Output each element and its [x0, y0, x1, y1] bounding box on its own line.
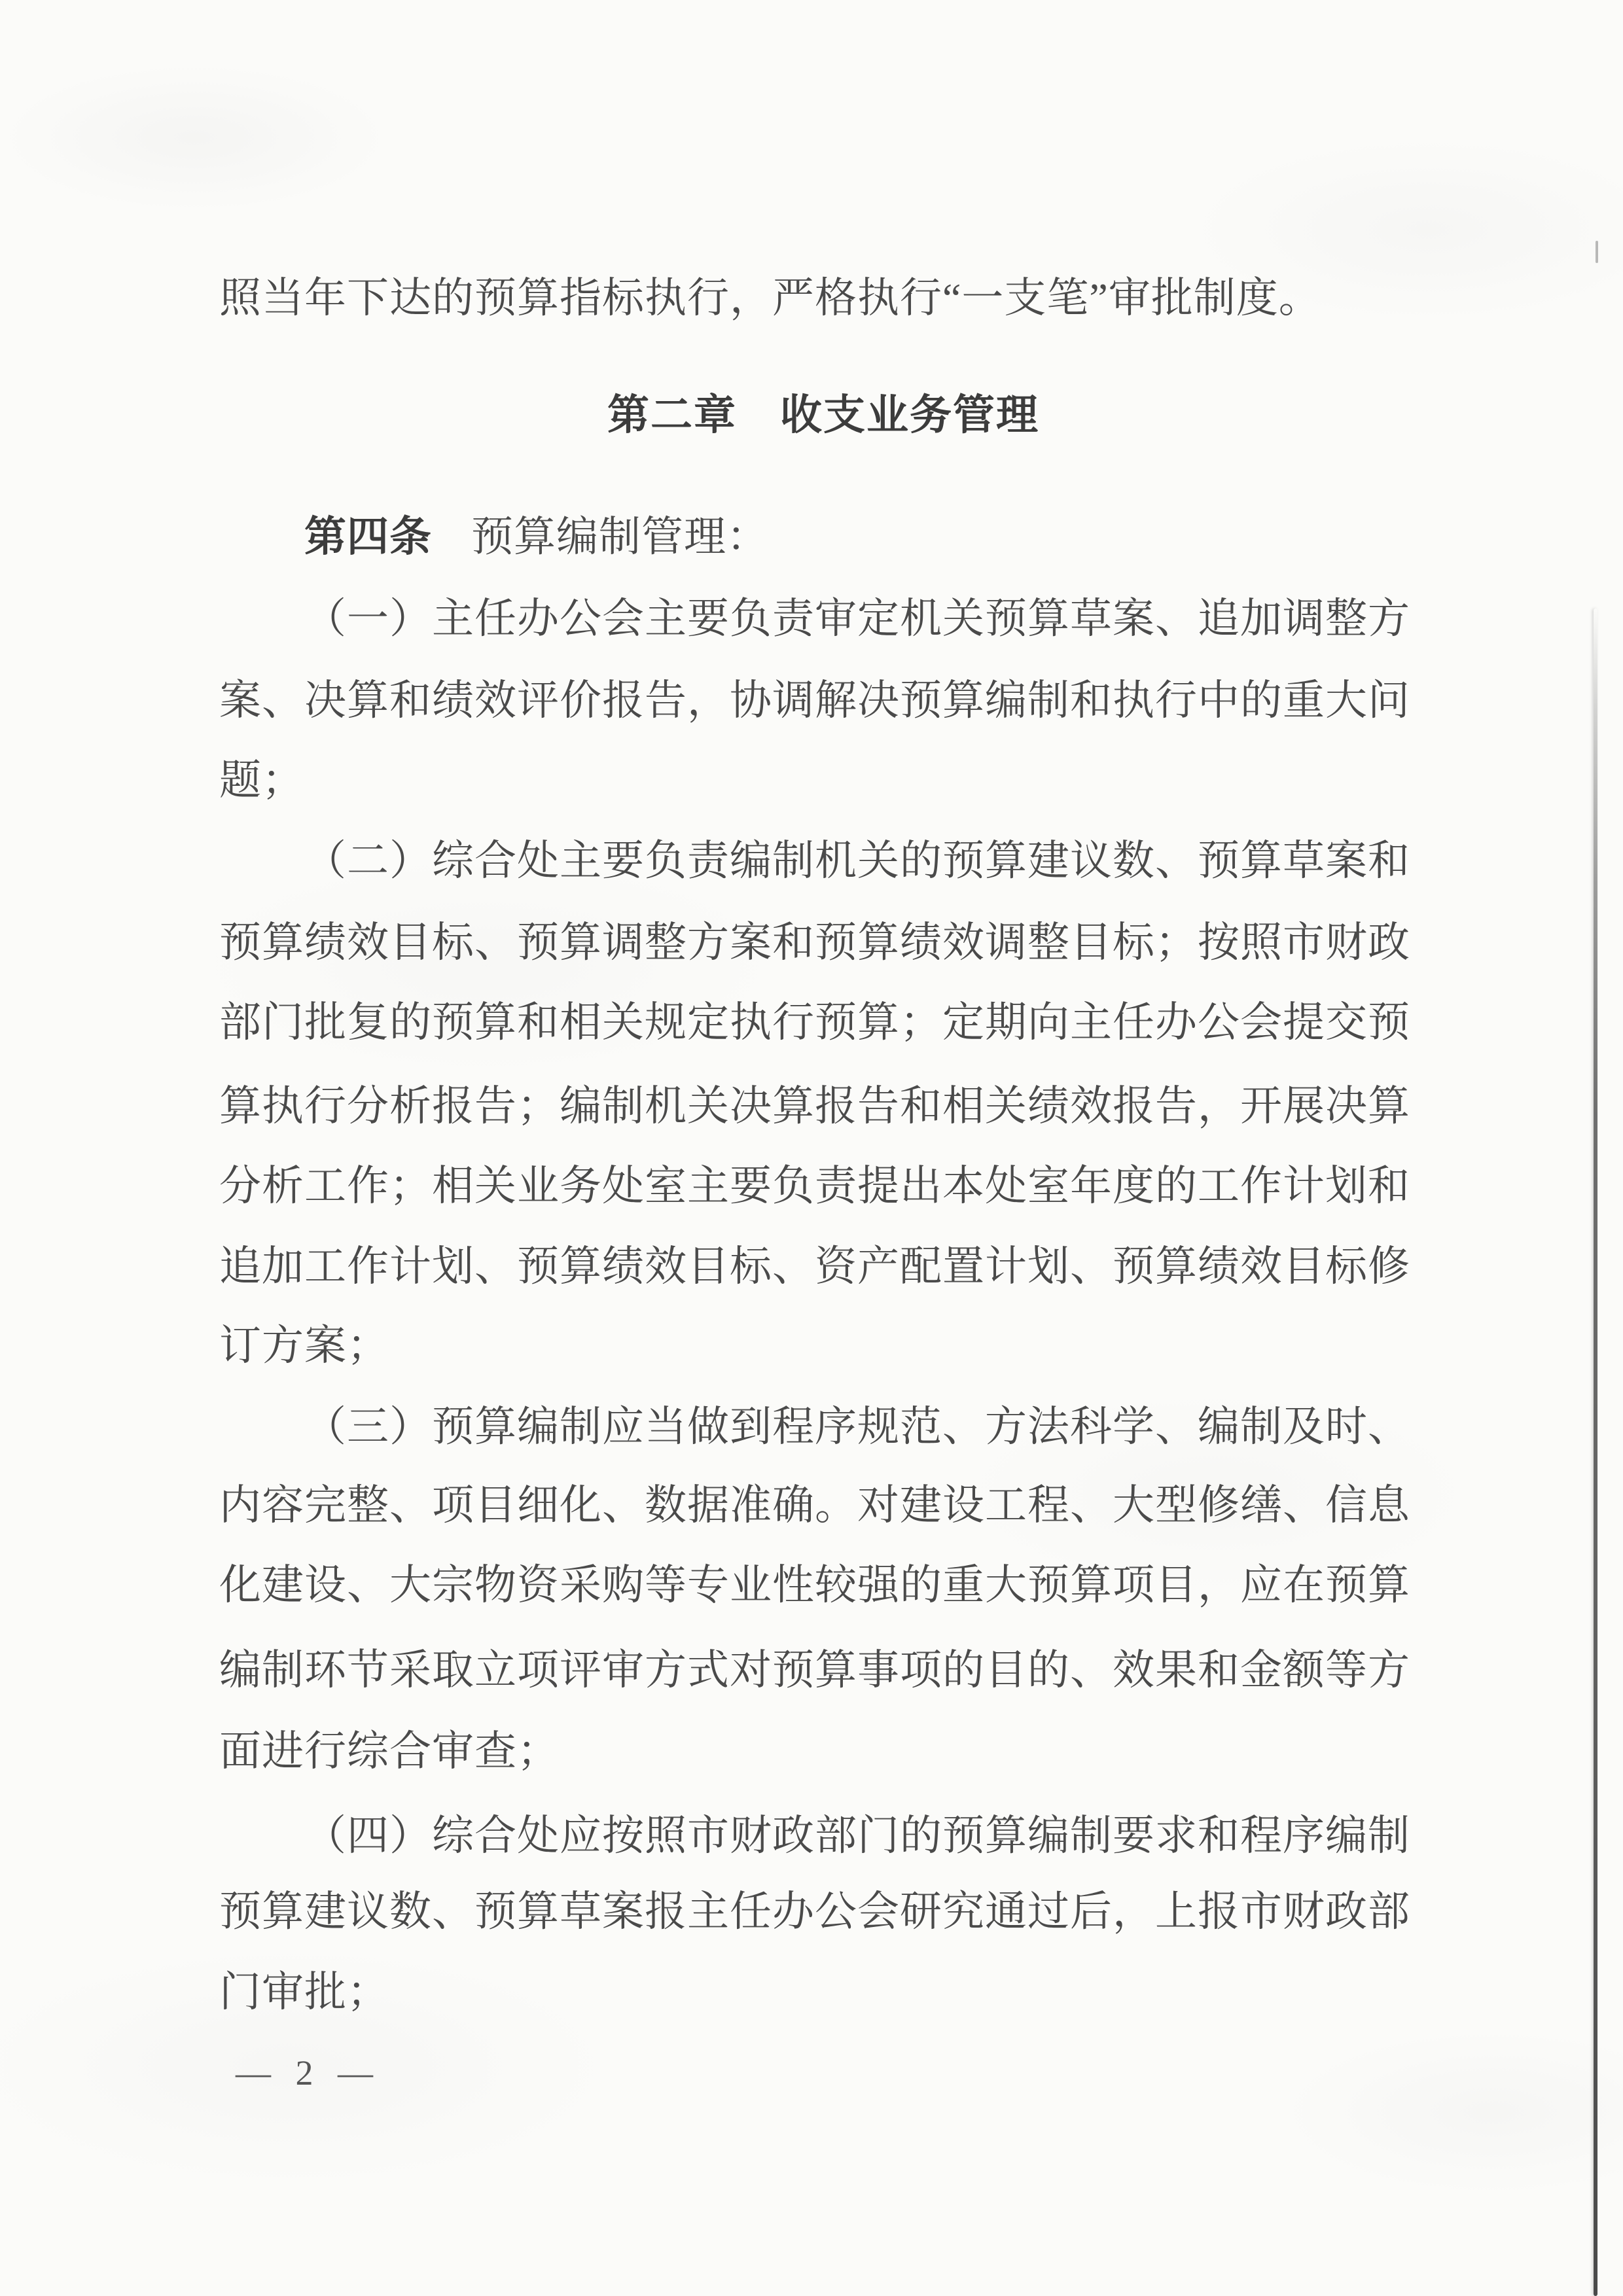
body-line: 门审批；: [219, 1971, 389, 2014]
page-number: — 2 —: [236, 2055, 381, 2091]
body-line: 题；: [219, 759, 304, 802]
article-title: 预算编制管理：: [471, 514, 769, 560]
chapter-heading: 第二章 收支业务管理: [0, 394, 1623, 437]
body-line-continuation: 照当年下达的预算指标执行，严格执行“一支笔”审批制度。: [219, 277, 1321, 320]
article-heading-line: 第四条预算编制管理：: [304, 516, 769, 559]
scan-artifact-tick: [1596, 241, 1598, 263]
body-line: （二）综合处主要负责编制机关的预算建议数、预算草案和: [304, 839, 1410, 883]
article-number: 第四条: [304, 514, 432, 560]
body-line: （一）主任办公会主要负责审定机关预算草案、追加调整方: [304, 597, 1410, 641]
body-line: 订方案；: [219, 1324, 389, 1368]
scan-artifact-line: [1594, 609, 1597, 2296]
body-line: 分析工作；相关业务处室主要负责提出本处室年度的工作计划和: [219, 1165, 1410, 1208]
body-line: 化建设、大宗物资采购等专业性较强的重大预算项目，应在预算: [219, 1564, 1410, 1607]
body-line: （三）预算编制应当做到程序规范、方法科学、编制及时、: [304, 1405, 1410, 1449]
body-line: 算执行分析报告；编制机关决算报告和相关绩效报告，开展决算: [219, 1085, 1410, 1128]
body-line: 面进行综合审查；: [219, 1730, 560, 1773]
body-line: 预算绩效目标、预算调整方案和预算绩效调整目标；按照市财政: [219, 921, 1410, 964]
body-line: 部门批复的预算和相关规定执行预算；定期向主任办公会提交预: [219, 1001, 1410, 1044]
scanned-document-page: 照当年下达的预算指标执行，严格执行“一支笔”审批制度。 第二章 收支业务管理 第…: [0, 0, 1623, 2296]
body-line: 追加工作计划、预算绩效目标、资产配置计划、预算绩效目标修: [219, 1245, 1410, 1288]
body-line: 内容完整、项目细化、数据准确。对建设工程、大型修缮、信息: [219, 1484, 1410, 1527]
body-line: 编制环节采取立项评审方式对预算事项的目的、效果和金额等方: [219, 1649, 1410, 1692]
body-line: 案、决算和绩效评价报告，协调解决预算编制和执行中的重大问: [219, 679, 1410, 722]
body-line: （四）综合处应按照市财政部门的预算编制要求和程序编制: [304, 1814, 1410, 1858]
body-line: 预算建议数、预算草案报主任办公会研究通过后，上报市财政部: [219, 1890, 1410, 1934]
